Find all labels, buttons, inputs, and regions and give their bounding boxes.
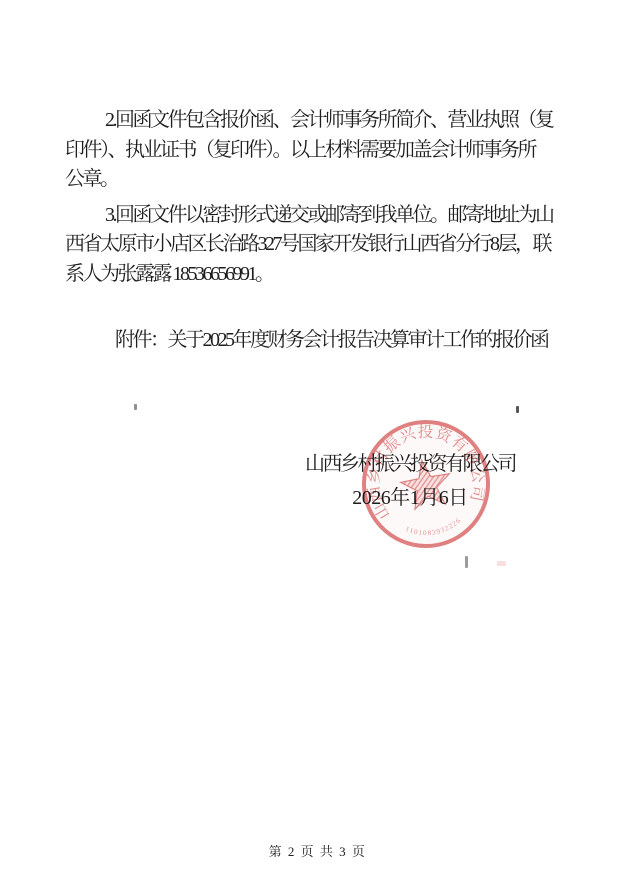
document-page: 2.回函文件包含报价函、会计师事务所简介、营业执照（复 印件）、执业证书（复印件… xyxy=(0,0,635,896)
scan-speck xyxy=(134,404,137,410)
text-line: 西省太原市小店区长治路327号国家开发银行山西省分行8层，联 xyxy=(65,230,570,260)
page-footer: 第 2 页 共 3 页 xyxy=(0,841,635,860)
seal-ink-smudge xyxy=(497,561,506,566)
text-line: 3.回函文件以密封形式递交或邮寄到我单位。邮寄地址为山 xyxy=(65,201,570,231)
text-line: 公章。 xyxy=(65,165,570,195)
scan-speck xyxy=(516,406,519,413)
text-line: 系人为张露露 18536656991。 xyxy=(65,260,570,290)
signature-date: 2026年1月6日 xyxy=(290,483,530,513)
paragraph-2: 2.回函文件包含报价函、会计师事务所简介、营业执照（复 印件）、执业证书（复印件… xyxy=(65,106,570,195)
attachment-line: 附件：关于2025年度财务会计报告决算审计工作的报价函 xyxy=(65,326,570,356)
signature-block: 山西乡村振兴投资有限公司 2026年1月6日 xyxy=(290,449,530,513)
paragraph-3: 3.回函文件以密封形式递交或邮寄到我单位。邮寄地址为山 西省太原市小店区长治路3… xyxy=(65,201,570,290)
seal-code-text: 1101083932226 xyxy=(403,515,465,541)
scan-speck xyxy=(465,556,468,568)
signature-company-name: 山西乡村振兴投资有限公司 xyxy=(290,449,530,479)
document-body: 2.回函文件包含报价函、会计师事务所简介、营业执照（复 印件）、执业证书（复印件… xyxy=(65,106,570,356)
text-line: 印件）、执业证书（复印件）。以上材料需要加盖会计师事务所 xyxy=(65,136,570,166)
text-line: 2.回函文件包含报价函、会计师事务所简介、营业执照（复 xyxy=(65,106,570,136)
